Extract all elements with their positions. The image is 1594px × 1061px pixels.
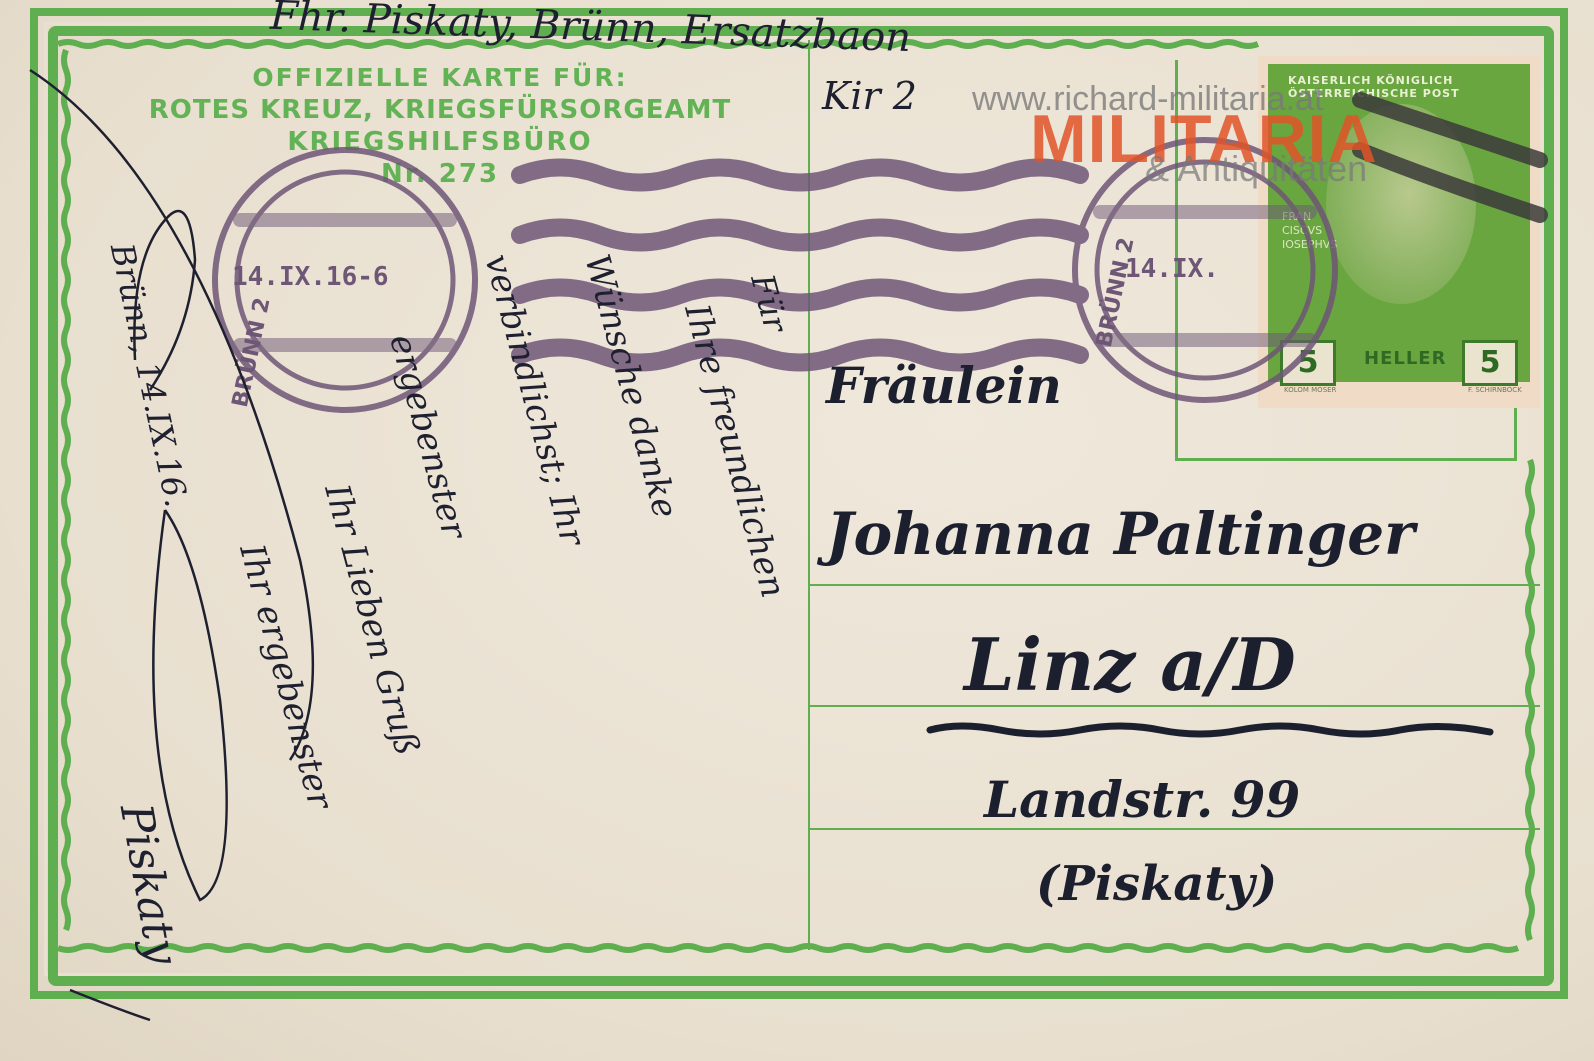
signature-flourish [0,0,1594,1061]
postcard: OFFIZIELLE KARTE FÜR: ROTES KREUZ, KRIEG… [0,0,1594,1061]
